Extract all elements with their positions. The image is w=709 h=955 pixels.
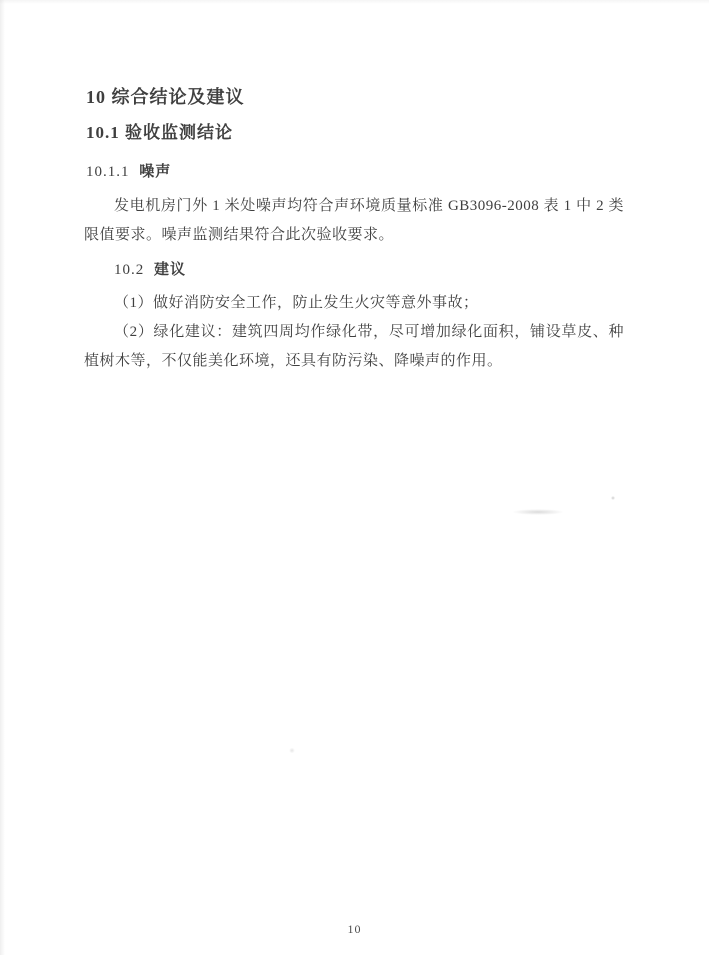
section-heading: 10 综合结论及建议 <box>86 86 624 108</box>
suggestion-item-1: （1）做好消防安全工作，防止发生火灾等意外事故； <box>84 289 624 318</box>
scan-artifact-dot <box>289 748 295 753</box>
suggestion-heading-number: 10.2 <box>114 262 144 278</box>
suggestion-heading: 10.2 建议 <box>84 256 624 285</box>
suggestion-item-2: （2）绿化建议：建筑四周均作绿化带，尽可增加绿化面积，铺设草皮、种植树木等，不仅… <box>84 318 624 376</box>
noise-heading: 10.1.1 噪声 <box>86 163 624 181</box>
subsection-heading: 10.1 验收监测结论 <box>86 122 624 143</box>
page-content: 10 综合结论及建议 10.1 验收监测结论 10.1.1 噪声 发电机房门外 … <box>84 86 624 376</box>
document-page: 10 综合结论及建议 10.1 验收监测结论 10.1.1 噪声 发电机房门外 … <box>0 0 709 955</box>
suggestion-heading-label: 建议 <box>154 262 186 278</box>
scan-artifact-streak <box>512 509 564 515</box>
scan-edge-shading <box>0 0 709 4</box>
noise-heading-number: 10.1.1 <box>86 164 130 180</box>
page-number: 10 <box>0 922 709 937</box>
scan-artifact-dot <box>611 496 615 500</box>
noise-heading-label: 噪声 <box>139 164 171 180</box>
noise-paragraph: 发电机房门外 1 米处噪声均符合声环境质量标准 GB3096-2008 表 1 … <box>84 192 624 250</box>
scan-edge-shading <box>0 0 5 955</box>
